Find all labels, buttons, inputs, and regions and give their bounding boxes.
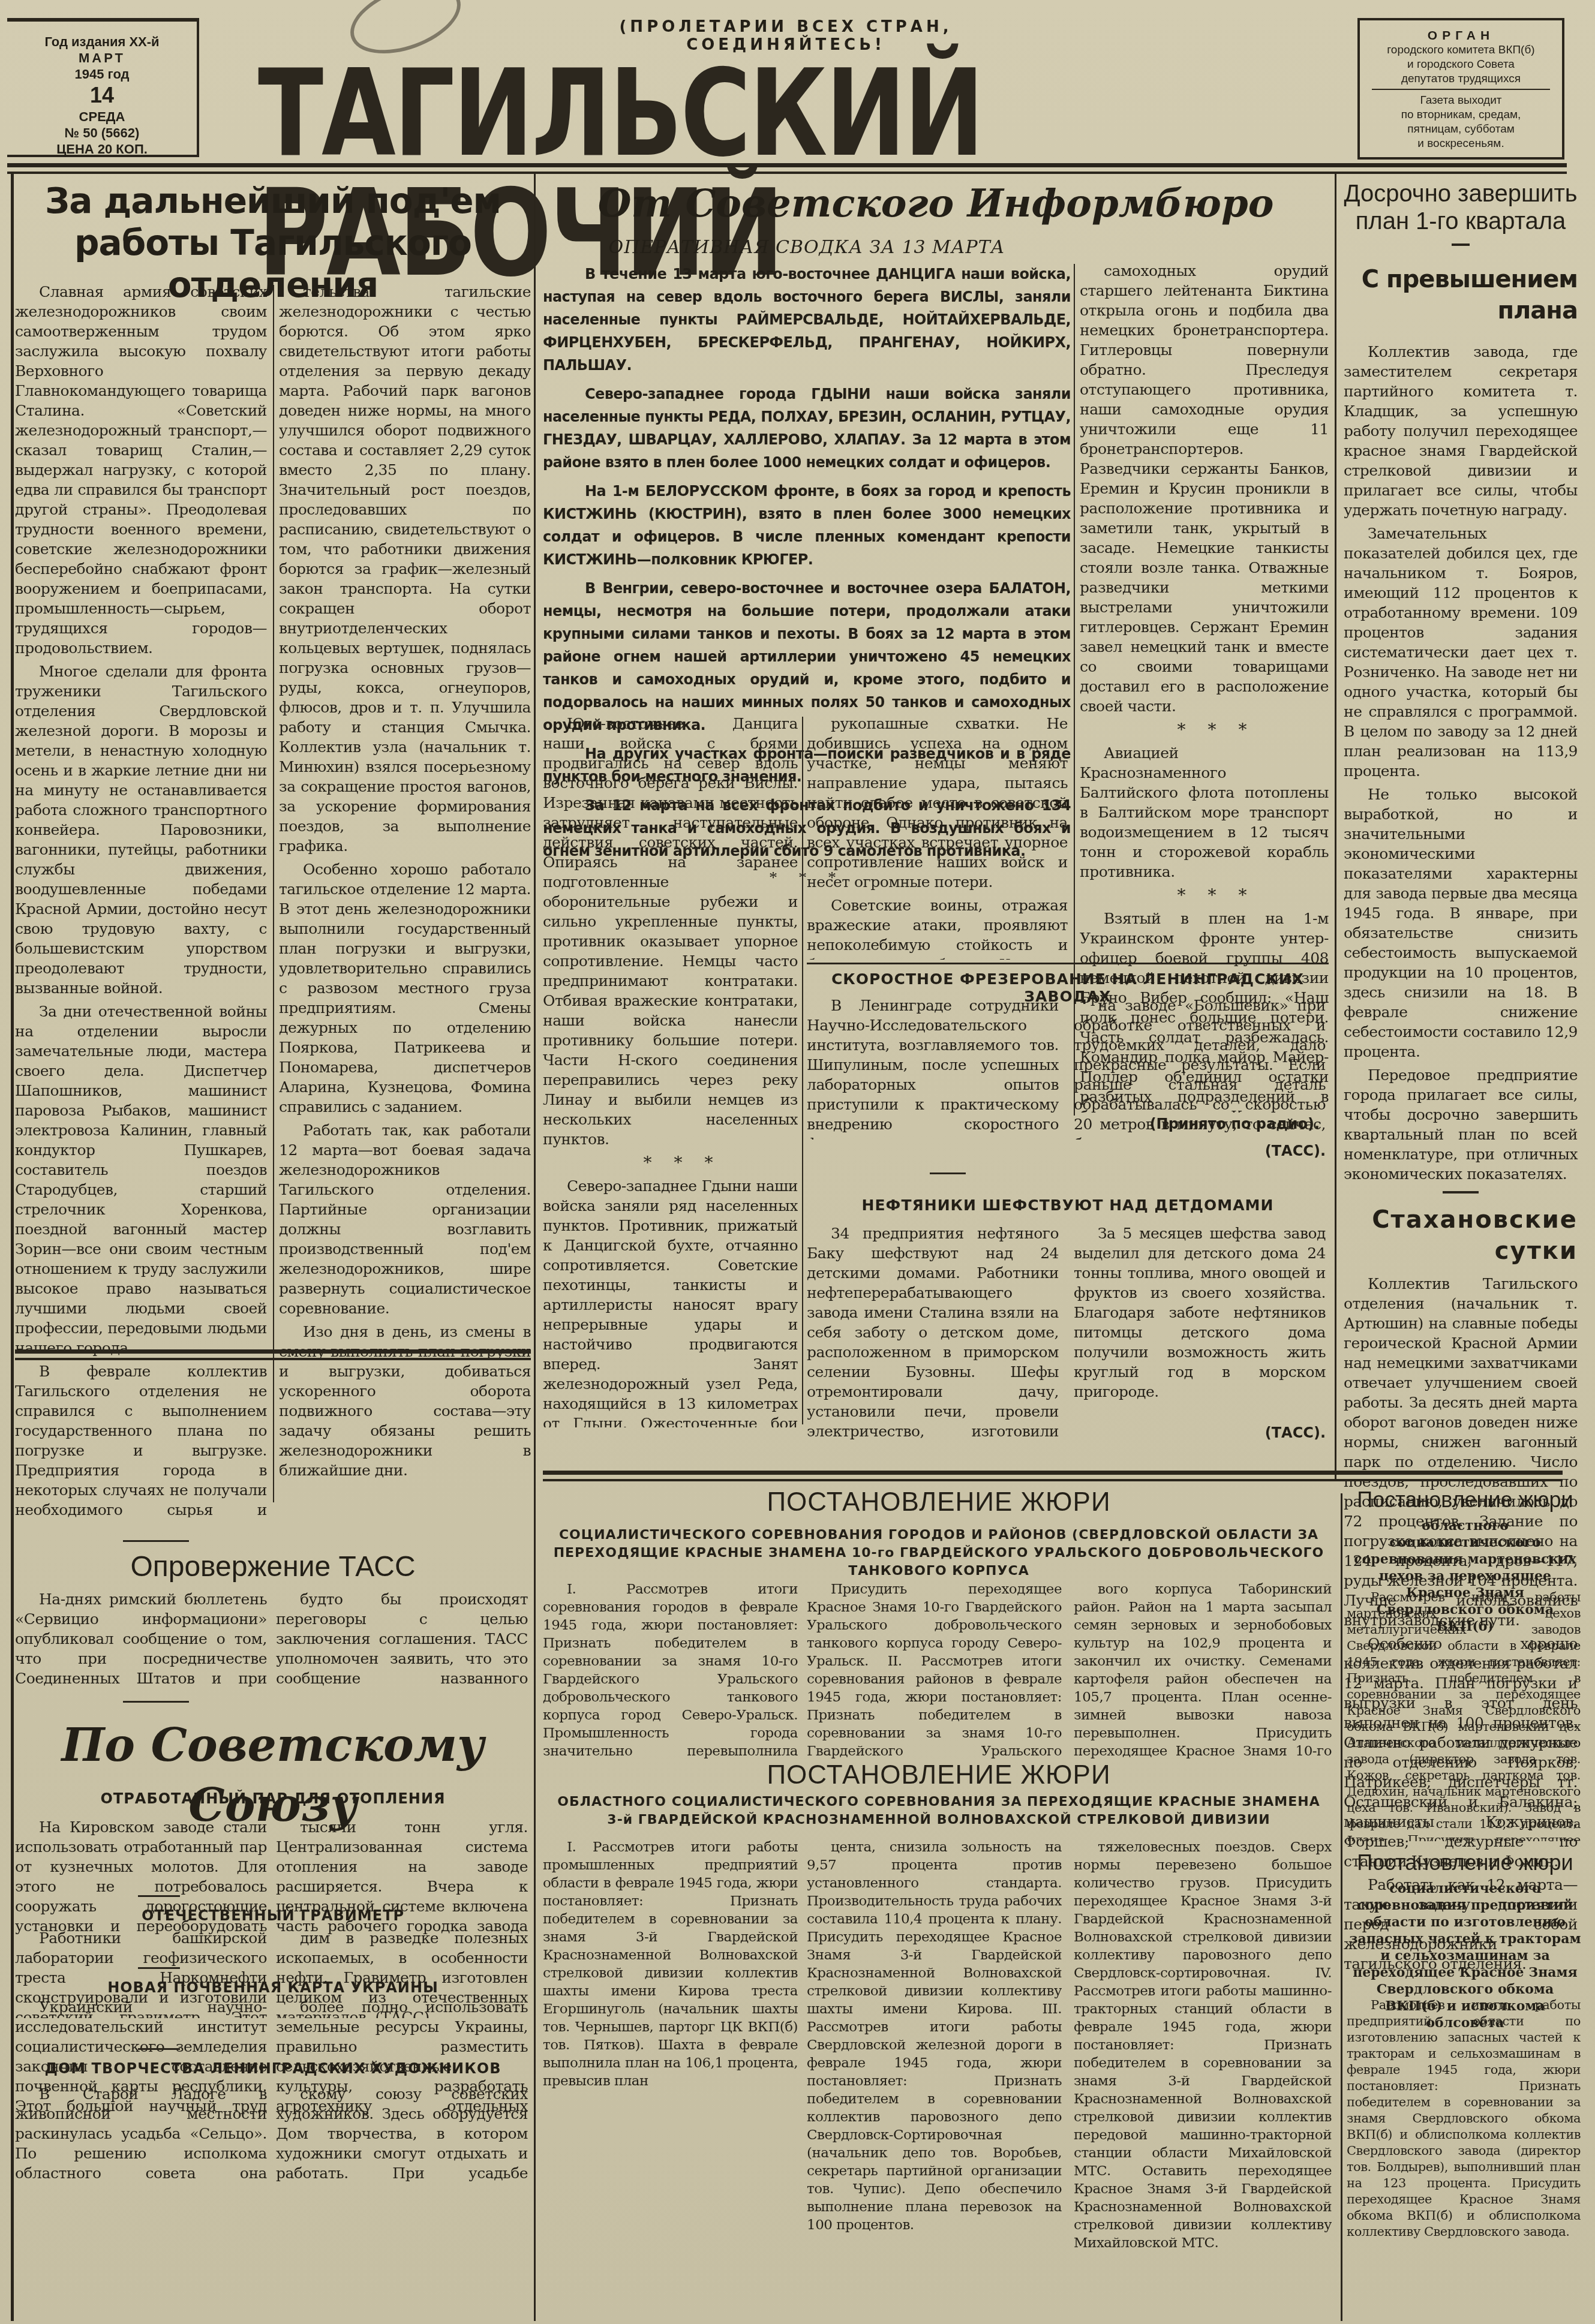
column-rule bbox=[1335, 174, 1336, 1481]
paragraph: скому союзу советских художников. Здесь … bbox=[276, 2084, 528, 2186]
quarter-plan-headline: Досрочно завершить план 1-го квартала bbox=[1344, 180, 1578, 235]
divider bbox=[138, 1967, 180, 1969]
paragraph: В Старой Ладоге в живописной местности р… bbox=[15, 2084, 267, 2186]
divider bbox=[1443, 1191, 1479, 1193]
divider bbox=[807, 963, 1329, 964]
separator-stars: * * * bbox=[1080, 885, 1329, 905]
paragraph: I. Рассмотрев итоги работы промышленных … bbox=[543, 1838, 798, 2090]
issue-number: № 50 (5662) bbox=[7, 125, 197, 141]
paragraph: Замечательных показателей добился цех, г… bbox=[1344, 524, 1578, 781]
paragraph: На 1-м БЕЛОРУССКОМ фронте, в боях за гор… bbox=[543, 480, 1071, 571]
organ-info-box: ОРГАН городского комитета ВКП(б) и город… bbox=[1357, 18, 1564, 160]
jury1-column-2: Присудить переходящее Красное Знамя 10-г… bbox=[807, 1580, 1062, 1760]
paragraph: Изо дня в день, из смены в смену выполня… bbox=[279, 1322, 531, 1480]
sovinform-subhead: ОПЕРАТИВНАЯ СВОДКА ЗА 13 МАРТА bbox=[543, 237, 1071, 258]
paragraph: За дни отечественной войны на отделении … bbox=[15, 1002, 267, 1358]
tass-source: (ТАСС). bbox=[1074, 1143, 1326, 1159]
paragraph: цента, снизила зольность на 9,57 процент… bbox=[807, 1838, 1062, 2234]
tass-denial-headline: Опровержение ТАСС bbox=[15, 1550, 531, 1583]
leningrad-column-1: В Ленинграде сотрудники Научно-Исследова… bbox=[807, 996, 1059, 1140]
schedule-line: пятницам, субботам bbox=[1360, 122, 1562, 137]
paragraph: Передовое предприятие города прилагает в… bbox=[1344, 1065, 1578, 1184]
section-rule bbox=[15, 1349, 531, 1360]
divider bbox=[930, 1172, 966, 1174]
paragraph: Рассмотрев итоги работы мартеновских цех… bbox=[1347, 1589, 1581, 1841]
paragraph: Северо-западнее города ГДЫНИ наши войска… bbox=[543, 383, 1071, 474]
lead-article: За дальнейший под'ем работы Тагильского … bbox=[15, 180, 531, 306]
paragraph: В Венгрии, северо-восточнее и восточнее … bbox=[543, 577, 1071, 736]
year-of-publication: Год издания XX-й bbox=[7, 34, 197, 50]
news-title: ОТРАБОТАННЫЙ ПАР ДЛЯ ОТОПЛЕНИЯ bbox=[15, 1790, 531, 1807]
paragraph: В феврале коллектив Тагильского отделени… bbox=[15, 1361, 267, 1517]
paragraph: Авиацией Краснознаменного Балтийского фл… bbox=[1080, 743, 1329, 882]
paragraph: 34 предприятия нефтяного Баку шефствуют … bbox=[807, 1223, 1059, 1439]
paragraph: на заводе «Большевик» при обработке отве… bbox=[1074, 996, 1326, 1140]
ornament-rule bbox=[123, 1701, 189, 1703]
oilmen-headline: НЕФТЯНИКИ ШЕФСТВУЮТ НАД ДЕТДОМАМИ bbox=[807, 1196, 1329, 1214]
paragraph: Многое сделали для фронта труженики Таги… bbox=[15, 662, 267, 998]
weekday: СРЕДА bbox=[7, 109, 197, 125]
column-rule bbox=[11, 174, 14, 2321]
divider bbox=[138, 2048, 180, 2050]
jury4-headline: Постановление жюри bbox=[1347, 1850, 1584, 1875]
paragraph: самоходных орудий старшего лейтенанта Би… bbox=[1080, 261, 1329, 716]
jury2-column-1: I. Рассмотрев итоги работы промышленных … bbox=[543, 1838, 798, 2318]
tass-denial-column-1: На-днях римский бюллетень «Сервицио инфо… bbox=[15, 1589, 267, 1691]
paragraph: Не только высокой выработкой, но и значи… bbox=[1344, 784, 1578, 1062]
news-column: В Старой Ладоге в живописной местности р… bbox=[15, 2084, 267, 2186]
year: 1945 год bbox=[7, 66, 197, 82]
paragraph: На-днях римский бюллетень «Сервицио инфо… bbox=[15, 1589, 267, 1691]
paragraph: Юго-восточнее Данцига наши войска с боям… bbox=[543, 714, 798, 1149]
paragraph: Присудить переходящее Красное Знамя 10-г… bbox=[807, 1580, 1062, 1760]
overplan-headline: С превышением плана bbox=[1344, 264, 1578, 326]
tass-source: (ТАСС). bbox=[1074, 1424, 1326, 1441]
oilmen-column-2: За 5 месяцев шефства завод выделил для д… bbox=[1074, 1223, 1326, 1421]
paragraph: В течение 13 марта юго-восточнее ДАНЦИГА… bbox=[543, 263, 1071, 377]
masthead-rule bbox=[7, 163, 1567, 174]
column-rule bbox=[534, 174, 536, 1553]
divider bbox=[138, 1895, 180, 1897]
jury2-subhead: ОБЛАСТНОГО СОЦИАЛИСТИЧЕСКОГО СОРЕВНОВАНИ… bbox=[552, 1793, 1326, 1829]
column-rule bbox=[802, 717, 803, 1424]
column-rule bbox=[1341, 1493, 1342, 2321]
ornament-rule bbox=[123, 1540, 189, 1542]
jury2-headline: ПОСТАНОВЛЕНИЕ ЖЮРИ bbox=[543, 1760, 1335, 1790]
section-rule bbox=[543, 1471, 1563, 1481]
organ-line: депутатов трудящихся bbox=[1372, 72, 1550, 90]
paragraph: Славная армия советских железнодорожнико… bbox=[15, 282, 267, 658]
separator-stars: * * * bbox=[1080, 720, 1329, 739]
paragraph: Советские воины, отражая вражеские атаки… bbox=[807, 895, 1068, 960]
paragraph: Работать так, как работали 12 марта—вот … bbox=[279, 1120, 531, 1318]
paragraph: Коллектив завода, где заместителем секре… bbox=[1344, 342, 1578, 520]
stakhanov-headline: Стахановские сутки bbox=[1344, 1204, 1578, 1267]
newspaper-page: Год издания XX-й МАРТ 1945 год 14 СРЕДА … bbox=[0, 0, 1595, 2324]
column-rule bbox=[534, 1481, 536, 2321]
paragraph: Северо-западнее Гдыни наши войска заняли… bbox=[543, 1176, 798, 1427]
month: МАРТ bbox=[7, 50, 197, 66]
jury1-headline: ПОСТАНОВЛЕНИЕ ЖЮРИ bbox=[543, 1487, 1335, 1517]
lead-column-2: тельства тагильские железнодорожники с ч… bbox=[279, 282, 531, 1517]
jury1-column-1: I. Рассмотрев итоги соревнования городов… bbox=[543, 1580, 798, 1760]
overplan-body: Коллектив завода, где заместителем секре… bbox=[1344, 342, 1578, 1184]
paragraph: вого корпуса Таборинский район. Район на… bbox=[1074, 1580, 1332, 1760]
news-title: ДОМ ТВОРЧЕСТВА ЛЕНИНГРАДСКИХ ХУДОЖНИКОВ bbox=[15, 2060, 531, 2077]
news-column: скому союзу советских художников. Здесь … bbox=[276, 2084, 528, 2186]
organ-line: городского комитета ВКП(б) bbox=[1360, 43, 1562, 58]
paragraph: I. Рассмотрев итоги соревнования городов… bbox=[543, 1580, 798, 1760]
organ-line: и городского Совета bbox=[1360, 58, 1562, 72]
paragraph: За 5 месяцев шефства завод выделил для д… bbox=[1074, 1223, 1326, 1402]
masthead-title-wrap: ТАГИЛЬСКИЙ РАБОЧИЙ bbox=[258, 54, 1098, 174]
news-title: ОТЕЧЕСТВЕННЫЙ ГРАВИМЕТР bbox=[15, 1907, 531, 1924]
sovinform-column-a: Юго-восточнее Данцига наши войска с боям… bbox=[543, 714, 798, 1427]
issue-info-box: Год издания XX-й МАРТ 1945 год 14 СРЕДА … bbox=[7, 18, 199, 157]
jury1-column-3: вого корпуса Таборинский район. Район на… bbox=[1074, 1580, 1332, 1760]
news-title: НОВАЯ ПОЧВЕННАЯ КАРТА УКРАИНЫ bbox=[15, 1979, 531, 1996]
sovinformburo-article: От Советского Информбюро bbox=[543, 180, 1329, 228]
paragraph: тельства тагильские железнодорожники с ч… bbox=[279, 282, 531, 856]
sovinform-column-b: рукопашные схватки. Не добившись успеха … bbox=[807, 714, 1068, 960]
leningrad-column-2: на заводе «Большевик» при обработке отве… bbox=[1074, 996, 1326, 1140]
day-number: 14 bbox=[7, 82, 197, 109]
oilmen-column-1: 34 предприятия нефтяного Баку шефствуют … bbox=[807, 1223, 1059, 1439]
paragraph: В Ленинграде сотрудники Научно-Исследова… bbox=[807, 996, 1059, 1140]
jury3-body: Рассмотрев итоги работы мартеновских цех… bbox=[1347, 1589, 1581, 1841]
divider bbox=[1452, 243, 1470, 246]
column-rule bbox=[273, 285, 274, 1502]
schedule-line: Газета выходит bbox=[1360, 94, 1562, 108]
price: ЦЕНА 20 КОП. bbox=[7, 141, 197, 157]
jury4-body: Рассмотрев итоги работы предприятий обла… bbox=[1347, 1997, 1581, 2321]
jury1-subhead: СОЦИАЛИСТИЧЕСКОГО СОРЕВНОВАНИЯ ГОРОДОВ И… bbox=[552, 1526, 1326, 1580]
schedule-line: по вторникам, средам, bbox=[1360, 108, 1562, 122]
jury2-column-3: тяжеловесных поездов. Сверх нормы переве… bbox=[1074, 1838, 1332, 2318]
paragraph: Особенно хорошо работало тагильское отде… bbox=[279, 859, 531, 1117]
organ-label: ОРГАН bbox=[1360, 29, 1562, 43]
paragraph: Рассмотрев итоги работы предприятий обла… bbox=[1347, 1997, 1581, 2240]
separator-stars: * * * bbox=[543, 1153, 798, 1172]
paragraph: тяжеловесных поездов. Сверх нормы переве… bbox=[1074, 1838, 1332, 2252]
sovinform-headline: От Советского Информбюро bbox=[543, 180, 1329, 228]
paragraph: будто бы происходят переговоры с целью з… bbox=[276, 1589, 528, 1691]
tass-denial-column-2: будто бы происходят переговоры с целью з… bbox=[276, 1589, 528, 1691]
schedule-line: и воскресеньям. bbox=[1360, 137, 1562, 151]
jury2-column-2: цента, снизила зольность на 9,57 процент… bbox=[807, 1838, 1062, 2318]
lead-column-1: Славная армия советских железнодорожнико… bbox=[15, 282, 267, 1517]
jury3-headline: Постановление жюри bbox=[1347, 1487, 1584, 1513]
paragraph: рукопашные схватки. Не добившись успеха … bbox=[807, 714, 1068, 892]
